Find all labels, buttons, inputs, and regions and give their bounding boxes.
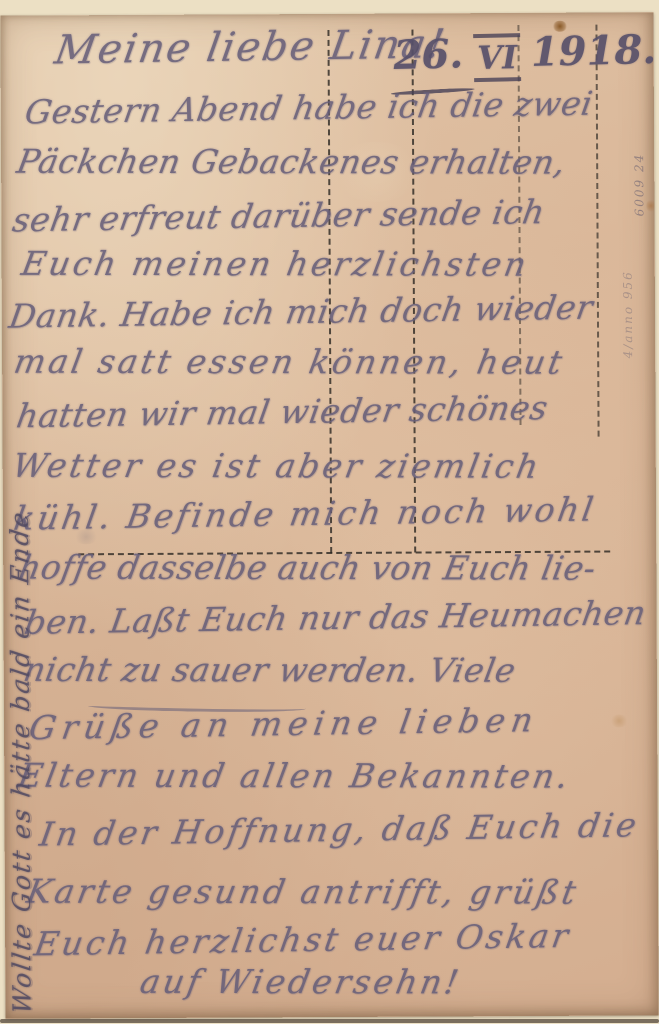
letter-line: Päckchen Gebackenes erhalten, [14,142,569,182]
letter-line: mal satt essen können, heut [11,342,568,382]
letter-line: Grüße an meine lieben [27,700,542,747]
letter-line: ben. Laßt Euch nur das Heumachen [22,593,649,642]
letter-line: auf Wiedersehn! [137,962,464,1002]
scanned-postcard-image: Meine liebe Lina! 26. VI 1918. Gestern A… [0,0,659,1024]
letter-line: kühl. Befinde mich noch wohl [11,490,599,538]
letter-line: hoffe dasselbe auch von Euch lie- [16,548,599,588]
letter-line: Wetter es ist aber ziemlich [10,446,545,486]
letter-line: Dank. Habe ich mich doch wieder [6,288,596,336]
letter-line: sehr erfreut darüber sende ich [10,192,548,239]
letter-line: nicht zu sauer werden. Viele [21,650,519,690]
postcard-paper: Meine liebe Lina! 26. VI 1918. Gestern A… [0,12,658,1018]
date-day: 26. [393,30,464,79]
scan-edge-shadow [0,1019,659,1023]
date-month-roman-numeral: VI [473,33,522,82]
archive-mark: 6009 24 [632,96,647,216]
letter-line: Eltern und allen Bekannten. [15,756,574,796]
margin-note: Wollte Gott es hätte bald ein Ende [4,382,36,1016]
letter-line: In der Hoffnung, daß Euch die [37,805,642,853]
date: 26. VI 1918. [393,26,657,84]
foxing-stain [646,198,655,213]
letter-line: Euch herzlichst euer Oskar [32,916,574,963]
letter-line: hatten wir mal wieder schönes [14,388,551,435]
foxing-stain [610,714,628,727]
salutation: Meine liebe Lina! [52,21,450,73]
date-year: 1918. [530,26,656,76]
letter-line: Gestern Abend habe ich die zwei [22,84,596,132]
letter-line: Euch meinen herzlichsten [19,244,533,284]
archive-mark: 4/anno 956 [620,208,635,358]
ruled-line-vertical-4 [595,25,599,437]
letter-line: Karte gesund antrifft, grüßt [24,872,582,912]
